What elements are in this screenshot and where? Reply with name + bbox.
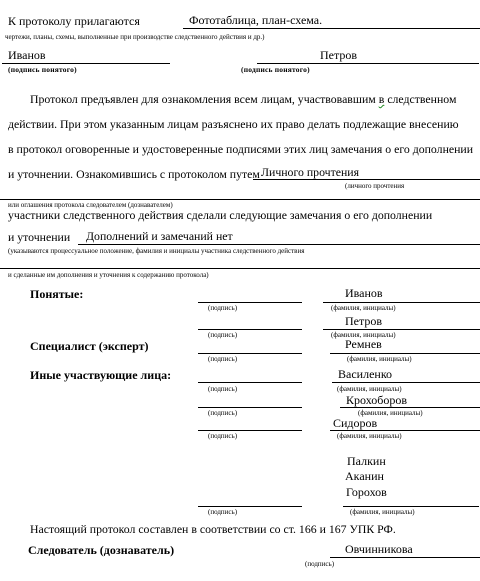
investigator-name: Овчинникова — [345, 542, 413, 556]
familiarization-method-value: Личного прочтения — [261, 165, 359, 179]
protocol-document-page: К протоколу прилагаются Фототаблица, пла… — [0, 0, 480, 581]
investigator-caption: (подпись) — [305, 560, 334, 568]
signature-line-name — [330, 430, 480, 431]
signature-line-sign — [198, 506, 302, 507]
signature-line-name — [332, 382, 480, 383]
familiarization-line1-text2: следственном — [387, 92, 456, 106]
separator-line-2 — [0, 268, 480, 269]
witness-left-caption: (подпись понятого) — [8, 66, 77, 74]
remarks-intro: участники следственного действия сделали… — [8, 209, 432, 222]
investigator-label: Следователь (дознаватель) — [28, 544, 174, 557]
signature-line-name — [340, 407, 480, 408]
witness-right-caption: (подпись понятого) — [241, 66, 310, 74]
signature-role-ponyatye: Понятые: — [30, 288, 83, 301]
remarks-label: и уточнении — [8, 231, 70, 244]
familiarization-line2: действии. При этом указанным лицам разъя… — [8, 118, 459, 131]
remarks-value-field: Дополнений и замечаний нет — [78, 230, 480, 245]
signature-name: Палкин — [347, 455, 386, 468]
witness-left-name: Иванов — [8, 49, 46, 62]
familiarization-line4: и уточнении. Ознакомившись с протоколом … — [8, 168, 260, 181]
caption-sign: (подпись) — [208, 508, 237, 516]
caption-sign: (подпись) — [208, 432, 237, 440]
attachments-value: Фототаблица, план-схема. — [189, 13, 322, 27]
signature-line-name — [343, 506, 479, 507]
familiarization-method-field: Личного прочтения — [253, 166, 480, 180]
signature-name: Сидоров — [333, 417, 377, 430]
caption-sign: (подпись) — [208, 331, 237, 339]
caption-sign: (подпись) — [208, 355, 237, 363]
signature-role-specialist: Специалист (эксперт) — [30, 340, 148, 353]
signature-line-sign — [198, 430, 302, 431]
familiarization-line3: в протокол оговоренные и удостоверенные … — [8, 143, 473, 156]
attachments-value-field: Фототаблица, план-схема. — [183, 14, 480, 29]
remarks-hint1: (указываются процессуальное положение, ф… — [8, 247, 304, 255]
caption-sign: (подпись) — [208, 304, 237, 312]
signature-name: Крохоборов — [346, 394, 407, 407]
signature-name: Иванов — [345, 287, 383, 300]
signature-line-sign — [198, 407, 302, 408]
signature-name: Аканин — [345, 470, 384, 483]
caption-name: (фамилия, инициалы) — [347, 355, 412, 363]
attachments-label: К протоколу прилагаются — [8, 15, 140, 28]
signature-line-sign — [198, 302, 302, 303]
caption-name: (фамилия, инициалы) — [331, 304, 396, 312]
familiarization-line1: Протокол предъявлен для ознакомления все… — [30, 93, 456, 106]
signature-line-name — [323, 302, 480, 303]
signature-name: Петров — [345, 315, 382, 328]
caption-sign: (подпись) — [208, 409, 237, 417]
grammar-check-word: в — [379, 92, 385, 106]
signature-name: Ремнев — [345, 338, 382, 351]
caption-sign: (подпись) — [208, 385, 237, 393]
familiarization-line1-text: Протокол предъявлен для ознакомления все… — [30, 92, 376, 106]
witness-right-name: Петров — [320, 49, 357, 62]
signature-name: Василенко — [338, 368, 392, 381]
witness-right-line — [257, 63, 479, 64]
familiarization-method-hint: (личного прочтения — [345, 182, 404, 190]
signature-line-sign — [198, 382, 302, 383]
closing-statement: Настоящий протокол составлен в соответст… — [30, 523, 396, 536]
caption-name: (фамилия, инициалы) — [337, 432, 402, 440]
caption-name: (фамилия, инициалы) — [337, 385, 402, 393]
signature-line-name — [330, 353, 480, 354]
signature-role-other-persons: Иные участвующие лица: — [30, 369, 171, 382]
signature-line-name — [323, 329, 480, 330]
caption-name: (фамилия, инициалы) — [350, 508, 415, 516]
remarks-value: Дополнений и замечаний нет — [86, 229, 233, 243]
witness-left-line — [2, 63, 170, 64]
signature-name: Горохов — [346, 486, 387, 499]
signature-line-sign — [198, 353, 302, 354]
separator-line-1 — [0, 199, 480, 200]
remarks-hint2: и сделанные им дополнения и уточнения к … — [8, 271, 209, 279]
signature-line-sign — [198, 329, 302, 330]
attachments-hint: чертежи, планы, схемы, выполненные при п… — [5, 33, 265, 41]
investigator-name-field: Овчинникова — [330, 543, 480, 558]
